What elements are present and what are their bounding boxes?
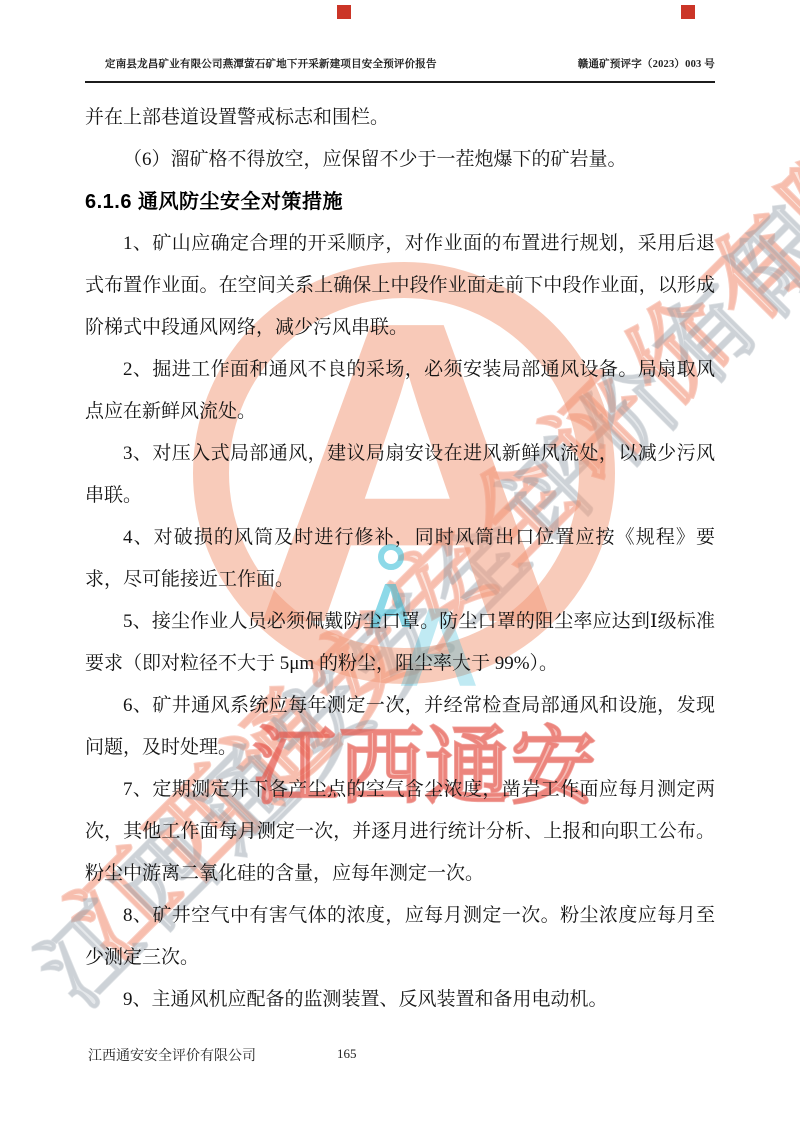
report-page: { "header": { "left_title": "定南县龙昌矿业有限公司…	[0, 0, 800, 1131]
measure-item-2: 2、掘进工作面和通风不良的采场，必须安装局部通风设备。局扇取风点应在新鲜风流处。	[85, 349, 715, 433]
measure-item-3: 3、对压入式局部通风，建议局扇安设在进风新鲜风流处，以减少污风串联。	[85, 433, 715, 517]
section-heading: 6.1.6 通风防尘安全对策措施	[85, 181, 715, 223]
document-body: 并在上部巷道设置警戒标志和围栏。 （6）溜矿格不得放空，应保留不少于一茬炮爆下的…	[85, 97, 715, 1021]
list-item-6: （6）溜矿格不得放空，应保留不少于一茬炮爆下的矿岩量。	[85, 139, 715, 181]
report-title: 定南县龙昌矿业有限公司燕潭萤石矿地下开采新建项目安全预评价报告	[85, 56, 437, 71]
page-number: 165	[337, 1046, 357, 1062]
measure-item-8: 8、矿井空气中有害气体的浓度，应每月测定一次。粉尘浓度应每月至少测定三次。	[85, 895, 715, 979]
measure-item-6: 6、矿井通风系统应每年测定一次，并经常检查局部通风和设施，发现问题，及时处理。	[85, 685, 715, 769]
measure-item-4: 4、对破损的风筒及时进行修补，同时风筒出口位置应按《规程》要求，尽可能接近工作面…	[85, 517, 715, 601]
red-seal-mark-right	[681, 5, 695, 19]
measure-item-1: 1、矿山应确定合理的开采顺序，对作业面的布置进行规划，采用后退式布置作业面。在空…	[85, 223, 715, 349]
page-header: 定南县龙昌矿业有限公司燕潭萤石矿地下开采新建项目安全预评价报告 赣通矿预评字（2…	[85, 56, 715, 71]
measure-item-7: 7、定期测定井下各产尘点的空气含尘浓度，凿岩工作面应每月测定两次，其他工作面每月…	[85, 769, 715, 895]
footer-company: 江西通安安全评价有限公司	[88, 1045, 256, 1065]
report-code: 赣通矿预评字（2023）003 号	[578, 56, 715, 71]
measure-item-5: 5、接尘作业人员必须佩戴防尘口罩。防尘口罩的阻尘率应达到Ⅰ级标准要求（即对粒径不…	[85, 601, 715, 685]
continuation-line: 并在上部巷道设置警戒标志和围栏。	[85, 97, 715, 139]
red-seal-mark-left	[337, 5, 351, 19]
measure-item-9: 9、主通风机应配备的监测装置、反风装置和备用电动机。	[85, 979, 715, 1021]
header-rule	[85, 81, 715, 83]
